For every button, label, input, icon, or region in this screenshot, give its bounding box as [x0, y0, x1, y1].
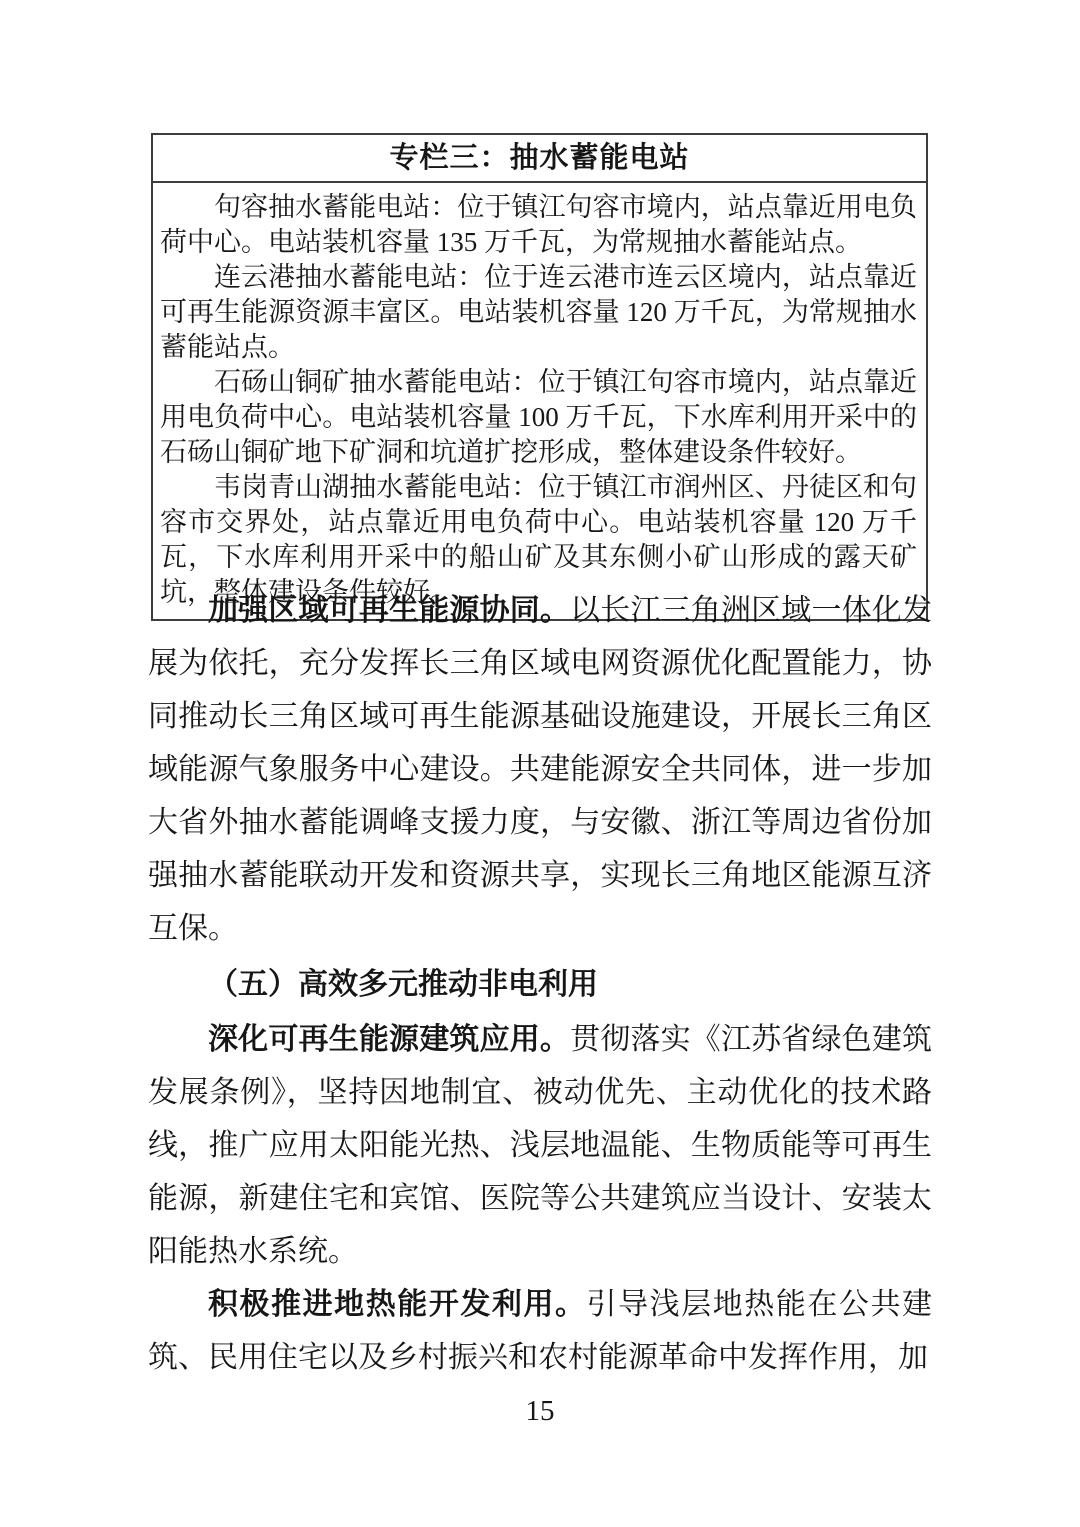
- paragraph-lead: 积极推进地热能开发利用。: [208, 1288, 587, 1321]
- document-page: 专栏三：抽水蓄能电站 句容抽水蓄能电站：位于镇江句容市境内，站点靠近用电负荷中心…: [0, 0, 1080, 1527]
- paragraph-text: 贯彻落实《江苏省绿色建筑发展条例》，坚持因地制宜、被动优先、主动优化的技术路线，…: [148, 1023, 932, 1268]
- body-paragraph: 加强区域可再生能源协同。以长江三角洲区域一体化发展为依托，充分发挥长三角区域电网…: [148, 584, 932, 955]
- station-name: 石砀山铜矿抽水蓄能电站：: [214, 367, 538, 397]
- body-paragraph: 深化可再生能源建筑应用。贯彻落实《江苏省绿色建筑发展条例》，坚持因地制宜、被动优…: [148, 1013, 932, 1278]
- page-number: 15: [0, 1393, 1080, 1429]
- callout-box: 专栏三：抽水蓄能电站 句容抽水蓄能电站：位于镇江句容市境内，站点靠近用电负荷中心…: [151, 133, 928, 621]
- body-paragraph: 积极推进地热能开发利用。引导浅层地热能在公共建筑、民用住宅以及乡村振兴和农村能源…: [148, 1278, 932, 1384]
- paragraph-lead: 深化可再生能源建筑应用。: [208, 1023, 570, 1056]
- station-name: 韦岗青山湖抽水蓄能电站：: [214, 472, 538, 502]
- paragraph-text: 以长江三角洲区域一体化发展为依托，充分发挥长三角区域电网资源优化配置能力，协同推…: [148, 594, 932, 945]
- callout-box-title: 专栏三：抽水蓄能电站: [153, 135, 926, 183]
- callout-box-paragraph: 句容抽水蓄能电站：位于镇江句容市境内，站点靠近用电负荷中心。电站装机容量 135…: [160, 190, 917, 260]
- callout-box-paragraph: 石砀山铜矿抽水蓄能电站：位于镇江句容市境内，站点靠近用电负荷中心。电站装机容量 …: [160, 365, 917, 470]
- paragraph-lead: 加强区域可再生能源协同。: [208, 594, 570, 627]
- section-heading: （五）高效多元推动非电利用: [148, 958, 932, 1011]
- callout-box-paragraph: 连云港抽水蓄能电站：位于连云港市连云区境内，站点靠近可再生能源资源丰富区。电站装…: [160, 260, 917, 365]
- main-text: 加强区域可再生能源协同。以长江三角洲区域一体化发展为依托，充分发挥长三角区域电网…: [148, 584, 932, 1384]
- station-name: 连云港抽水蓄能电站：: [214, 262, 484, 292]
- station-name: 句容抽水蓄能电站：: [214, 192, 457, 222]
- callout-box-body: 句容抽水蓄能电站：位于镇江句容市境内，站点靠近用电负荷中心。电站装机容量 135…: [153, 183, 926, 619]
